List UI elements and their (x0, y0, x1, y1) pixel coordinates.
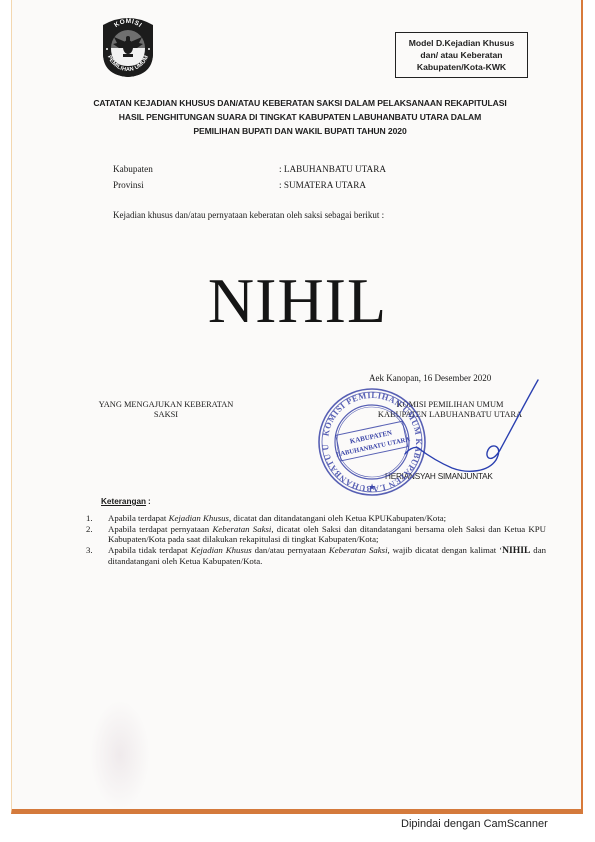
notes-list: 1. Apabila terdapat Kejadian Khusus, dic… (86, 513, 546, 567)
camscanner-watermark: Dipindai dengan CamScanner (401, 818, 548, 830)
model-line-3: Kabupaten/Kota-KWK (396, 61, 527, 73)
document-title: CATATAN KEJADIAN KHUSUS DAN/ATAU KEBERAT… (60, 96, 540, 138)
notes-title: Keterangan: (101, 497, 151, 506)
model-line-2: dan/ atau Keberatan (396, 49, 527, 61)
model-line-1: Model D.Kejadian Khusus (396, 37, 527, 49)
note-item: 3. Apabila tidak terdapat Kejadian Khusu… (86, 545, 546, 567)
intro-text: Kejadian khusus dan/atau pernyataan kebe… (113, 210, 384, 220)
left-signatory: YANG MENGAJUKAN KEBERATAN SAKSI (88, 400, 244, 420)
field-value: : SUMATERA UTARA (279, 180, 366, 190)
title-line-1: CATATAN KEJADIAN KHUSUS DAN/ATAU KEBERAT… (60, 96, 540, 110)
field-value: : LABUHANBATU UTARA (279, 164, 386, 174)
note-text: Apabila terdapat pernyataan Keberatan Sa… (108, 524, 546, 545)
title-line-3: PEMILIHAN BUPATI DAN WAKIL BUPATI TAHUN … (60, 124, 540, 138)
note-item: 1. Apabila terdapat Kejadian Khusus, dic… (86, 513, 546, 524)
notes-title-colon: : (148, 497, 151, 506)
left-signatory-line-1: YANG MENGAJUKAN KEBERATAN (88, 400, 244, 410)
left-signatory-line-2: SAKSI (88, 410, 244, 420)
notes-title-label: Keterangan (101, 497, 146, 506)
note-item: 2. Apabila terdapat pernyataan Keberatan… (86, 524, 546, 545)
note-number: 3. (86, 545, 93, 556)
note-text: Apabila tidak terdapat Kejadian Khusus d… (108, 545, 546, 567)
content-nihil: NIHIL (0, 262, 595, 340)
title-line-2: HASIL PENGHITUNGAN SUARA DI TINGKAT KABU… (60, 110, 540, 124)
note-number: 2. (86, 524, 93, 535)
note-number: 1. (86, 513, 93, 524)
stamp-star-icon: ★ (368, 482, 376, 492)
note-text: Apabila terdapat Kejadian Khusus, dicata… (108, 513, 546, 524)
field-label: Kabupaten (113, 164, 153, 174)
form-model-box: Model D.Kejadian Khusus dan/ atau Kebera… (395, 32, 528, 78)
field-label: Provinsi (113, 180, 144, 190)
signature-icon (360, 378, 550, 483)
kpu-logo-icon: KOMISI PEMILIHAN UMUM (99, 13, 157, 79)
scan-shadow (90, 700, 150, 810)
